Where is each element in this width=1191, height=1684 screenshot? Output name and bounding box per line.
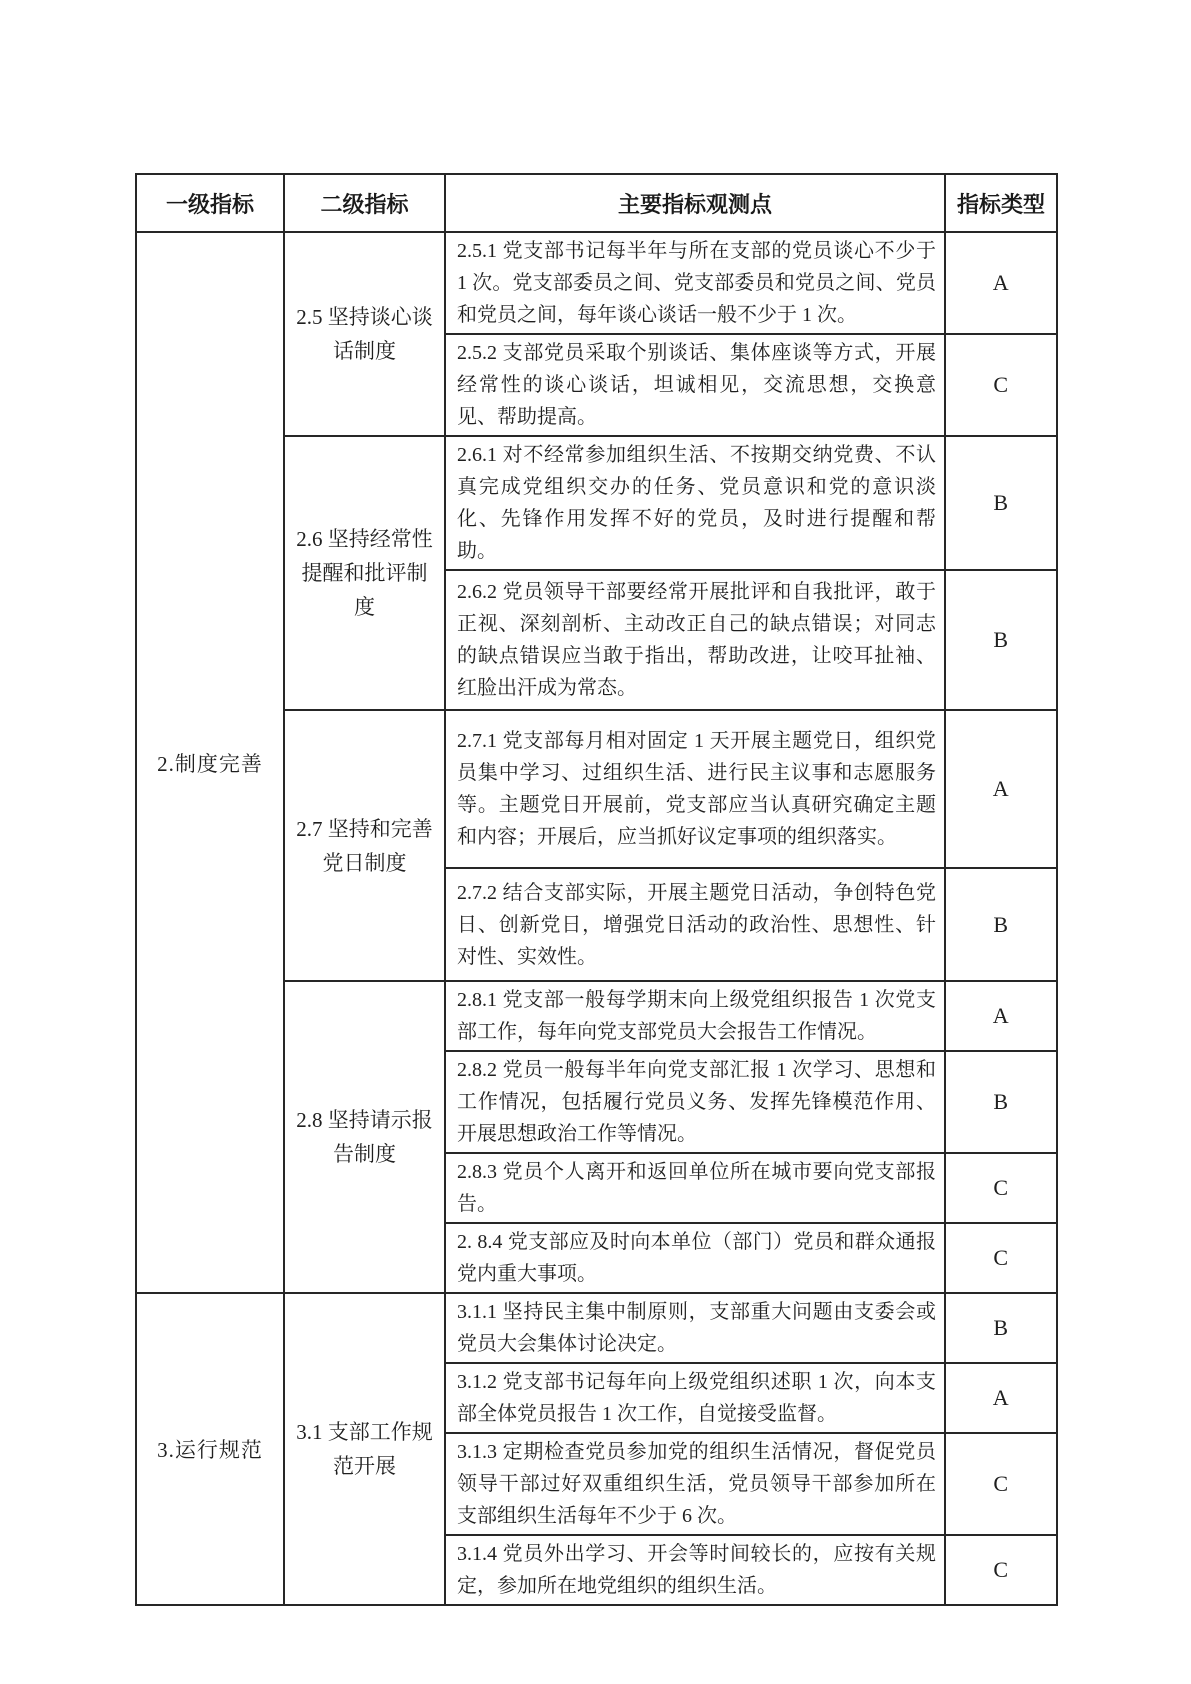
observation-cell: 2.5.1 党支部书记每半年与所在支部的党员谈心不少于 1 次。党支部委员之间、… (445, 232, 945, 334)
level2-cell: 2.5 坚持谈心谈话制度 (284, 232, 445, 436)
observation-cell: 2.7.1 党支部每月相对固定 1 天开展主题党日，组织党员集中学习、过组织生活… (445, 710, 945, 868)
header-cell-observation: 主要指标观测点 (445, 174, 945, 232)
type-cell: A (945, 981, 1057, 1051)
type-cell: A (945, 710, 1057, 868)
header-cell-level1: 一级指标 (136, 174, 284, 232)
table-row: 3.运行规范 3.1 支部工作规范开展 3.1.1 坚持民主集中制原则，支部重大… (136, 1293, 1057, 1363)
observation-cell: 2.6.1 对不经常参加组织生活、不按期交纳党费、不认真完成党组织交办的任务、党… (445, 436, 945, 570)
type-cell: C (945, 1433, 1057, 1535)
level2-cell: 3.1 支部工作规范开展 (284, 1293, 445, 1605)
observation-cell: 2.7.2 结合支部实际，开展主题党日活动，争创特色党日、创新党日，增强党日活动… (445, 868, 945, 981)
type-cell: C (945, 334, 1057, 436)
observation-cell: 2.8.1 党支部一般每学期末向上级党组织报告 1 次党支部工作，每年向党支部党… (445, 981, 945, 1051)
type-cell: B (945, 1051, 1057, 1153)
type-cell: B (945, 1293, 1057, 1363)
observation-cell: 2.8.3 党员个人离开和返回单位所在城市要向党支部报告。 (445, 1153, 945, 1223)
type-cell: C (945, 1535, 1057, 1605)
observation-cell: 3.1.4 党员外出学习、开会等时间较长的，应按有关规定，参加所在地党组织的组织… (445, 1535, 945, 1605)
level2-cell: 2.6 坚持经常性提醒和批评制度 (284, 436, 445, 710)
table-row: 2.制度完善 2.5 坚持谈心谈话制度 2.5.1 党支部书记每半年与所在支部的… (136, 232, 1057, 334)
document-page: 一级指标 二级指标 主要指标观测点 指标类型 2.制度完善 2.5 坚持谈心谈话… (0, 0, 1191, 1684)
level2-cell: 2.7 坚持和完善党日制度 (284, 710, 445, 981)
observation-cell: 3.1.3 定期检查党员参加党的组织生活情况，督促党员领导干部过好双重组织生活，… (445, 1433, 945, 1535)
type-cell: A (945, 1363, 1057, 1433)
observation-cell: 2.6.2 党员领导干部要经常开展批评和自我批评，敢于正视、深刻剖析、主动改正自… (445, 570, 945, 710)
level1-cell: 2.制度完善 (136, 232, 284, 1293)
header-cell-level2: 二级指标 (284, 174, 445, 232)
level2-cell: 2.8 坚持请示报告制度 (284, 981, 445, 1293)
type-cell: B (945, 436, 1057, 570)
type-cell: B (945, 868, 1057, 981)
type-cell: B (945, 570, 1057, 710)
observation-cell: 2. 8.4 党支部应及时向本单位（部门）党员和群众通报党内重大事项。 (445, 1223, 945, 1293)
observation-cell: 3.1.1 坚持民主集中制原则，支部重大问题由支委会或党员大会集体讨论决定。 (445, 1293, 945, 1363)
header-row: 一级指标 二级指标 主要指标观测点 指标类型 (136, 174, 1057, 232)
observation-cell: 3.1.2 党支部书记每年向上级党组织述职 1 次，向本支部全体党员报告 1 次… (445, 1363, 945, 1433)
indicator-table: 一级指标 二级指标 主要指标观测点 指标类型 2.制度完善 2.5 坚持谈心谈话… (135, 173, 1058, 1606)
type-cell: C (945, 1153, 1057, 1223)
type-cell: C (945, 1223, 1057, 1293)
observation-cell: 2.5.2 支部党员采取个别谈话、集体座谈等方式，开展经常性的谈心谈话，坦诚相见… (445, 334, 945, 436)
header-cell-type: 指标类型 (945, 174, 1057, 232)
type-cell: A (945, 232, 1057, 334)
observation-cell: 2.8.2 党员一般每半年向党支部汇报 1 次学习、思想和工作情况，包括履行党员… (445, 1051, 945, 1153)
level1-cell: 3.运行规范 (136, 1293, 284, 1605)
